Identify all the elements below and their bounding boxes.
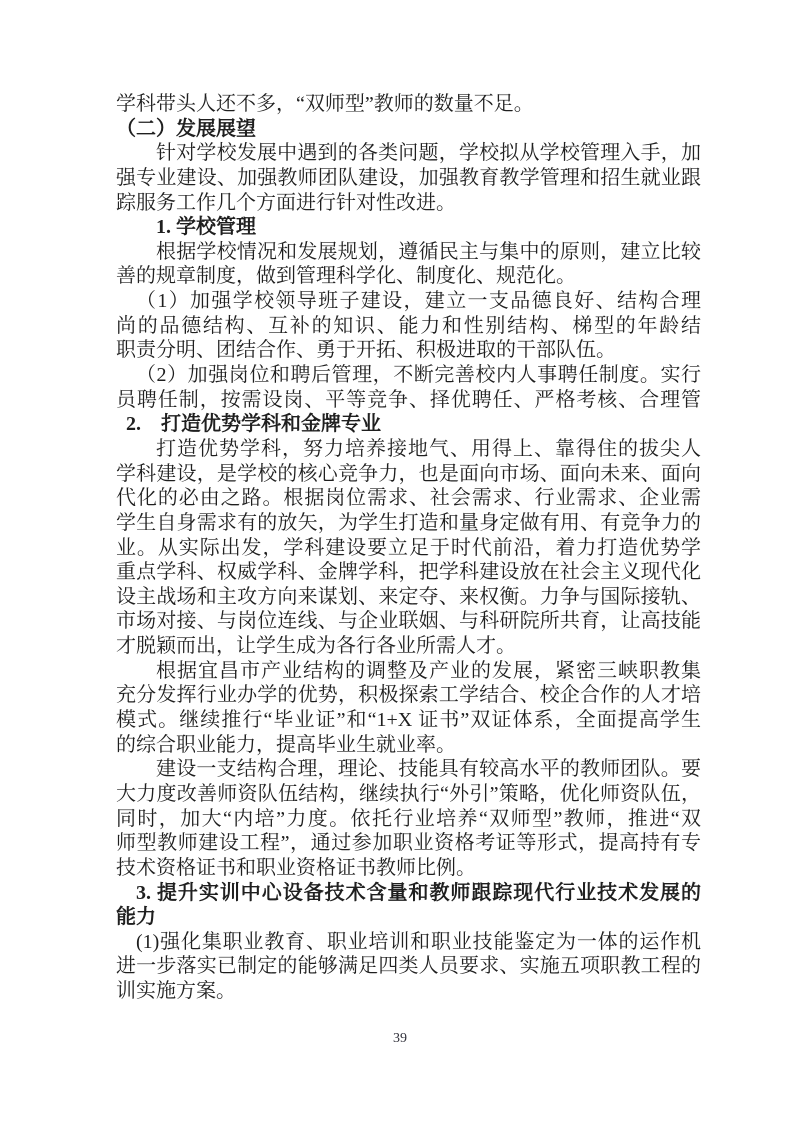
text-line: 学科带头人还不多，“双师型”教师的数量不足。 [116, 92, 701, 117]
text-line: 能力 [116, 905, 701, 930]
text-line: 踪服务工作几个方面进行针对性改进。 [116, 191, 701, 216]
text-line: 才脱颖而出，让学生成为各行各业所需人才。 [116, 634, 701, 659]
text-line: 进一步落实已制定的能够满足四类人员要求、实施五项职教工程的培 [116, 954, 701, 979]
text-line: 针对学校发展中遇到的各类问题，学校拟从学校管理入手，加 [116, 141, 701, 166]
text-line: 代化的必由之路。根据岗位需求、社会需求、行业需求、企业需求、 [116, 486, 701, 511]
text-line: 模式。继续推行“毕业证”和“1+X 证书”双证体系，全面提高学生 [116, 708, 701, 733]
text-line: 建设一支结构合理，理论、技能具有较高水平的教师团队。要加 [116, 757, 701, 782]
text-line: 根据宜昌市产业结构的调整及产业的发展，紧密三峡职教集团， [116, 659, 701, 684]
text-line: (1)强化集职业教育、职业培训和职业技能鉴定为一体的运作机制， [116, 930, 701, 955]
text-line: 学科建设，是学校的核心竞争力，也是面向市场、面向未来、面向现 [116, 462, 701, 487]
text-line: 重点学科、权威学科、金牌学科，把学科建设放在社会主义现代化建 [116, 560, 701, 585]
text-line: 市场对接、与岗位连线、与企业联姻、与科研院所共育，让高技能人 [116, 609, 701, 634]
text-line: 师型教师建设工程”，通过参加职业资格考证等形式，提高持有专业 [116, 831, 701, 856]
text-line: 的综合职业能力，提高毕业生就业率。 [116, 733, 701, 758]
text-line: 业。从实际出发，学科建设要立足于时代前沿，着力打造优势学科、 [116, 536, 701, 561]
text-line: 设主战场和主攻方向来谋划、来定夺、来权衡。力争与国际接轨、与 [116, 585, 701, 610]
document-page: 学科带头人还不多，“双师型”教师的数量不足。（二）发展展望针对学校发展中遇到的各… [0, 0, 800, 1131]
text-line: 1. 学校管理 [116, 215, 701, 240]
text-line: 尚的品德结构、互补的知识、能力和性别结构、梯型的年龄结构）、 [116, 314, 701, 339]
text-line: 大力度改善师资队伍结构，继续执行“外引”策略，优化师资队伍， [116, 782, 701, 807]
text-line: （二）发展展望 [116, 117, 701, 142]
page-number: 39 [0, 1031, 800, 1047]
text-line: 2. 打造优势学科和金牌专业 [116, 412, 701, 437]
text-line: 同时，加大“内培”力度。依托行业培养“双师型”教师，推进“双 [116, 807, 701, 832]
document-body: 学科带头人还不多，“双师型”教师的数量不足。（二）发展展望针对学校发展中遇到的各… [116, 92, 701, 1004]
text-line: 训实施方案。 [116, 979, 701, 1004]
text-line: 职责分明、团结合作、勇于开拓、积极进取的干部队伍。 [116, 338, 701, 363]
text-line: （2）加强岗位和聘后管理，不断完善校内人事聘任制度。实行全 [116, 363, 701, 388]
text-line: 员聘任制，按需设岗、平等竞争、择优聘任、严格考核、合理管理。 [116, 388, 701, 413]
text-line: 充分发挥行业办学的优势，积极探索工学结合、校企合作的人才培养 [116, 683, 701, 708]
text-line: 打造优势学科，努力培养接地气、用得上、靠得住的拔尖人才。 [116, 437, 701, 462]
text-line: 强专业建设、加强教师团队建设，加强教育教学管理和招生就业跟 [116, 166, 701, 191]
text-line: 善的规章制度，做到管理科学化、制度化、规范化。 [116, 264, 701, 289]
text-line: 根据学校情况和发展规划，遵循民主与集中的原则，建立比较完 [116, 240, 701, 265]
text-line: 学生自身需求有的放矢，为学生打造和量身定做有用、有竞争力的专 [116, 511, 701, 536]
text-line: （1）加强学校领导班子建设，建立一支品德良好、结构合理（高 [116, 289, 701, 314]
text-line: 3. 提升实训中心设备技术含量和教师跟踪现代行业技术发展的 [116, 881, 701, 906]
text-line: 技术资格证书和职业资格证书教师比例。 [116, 856, 701, 881]
